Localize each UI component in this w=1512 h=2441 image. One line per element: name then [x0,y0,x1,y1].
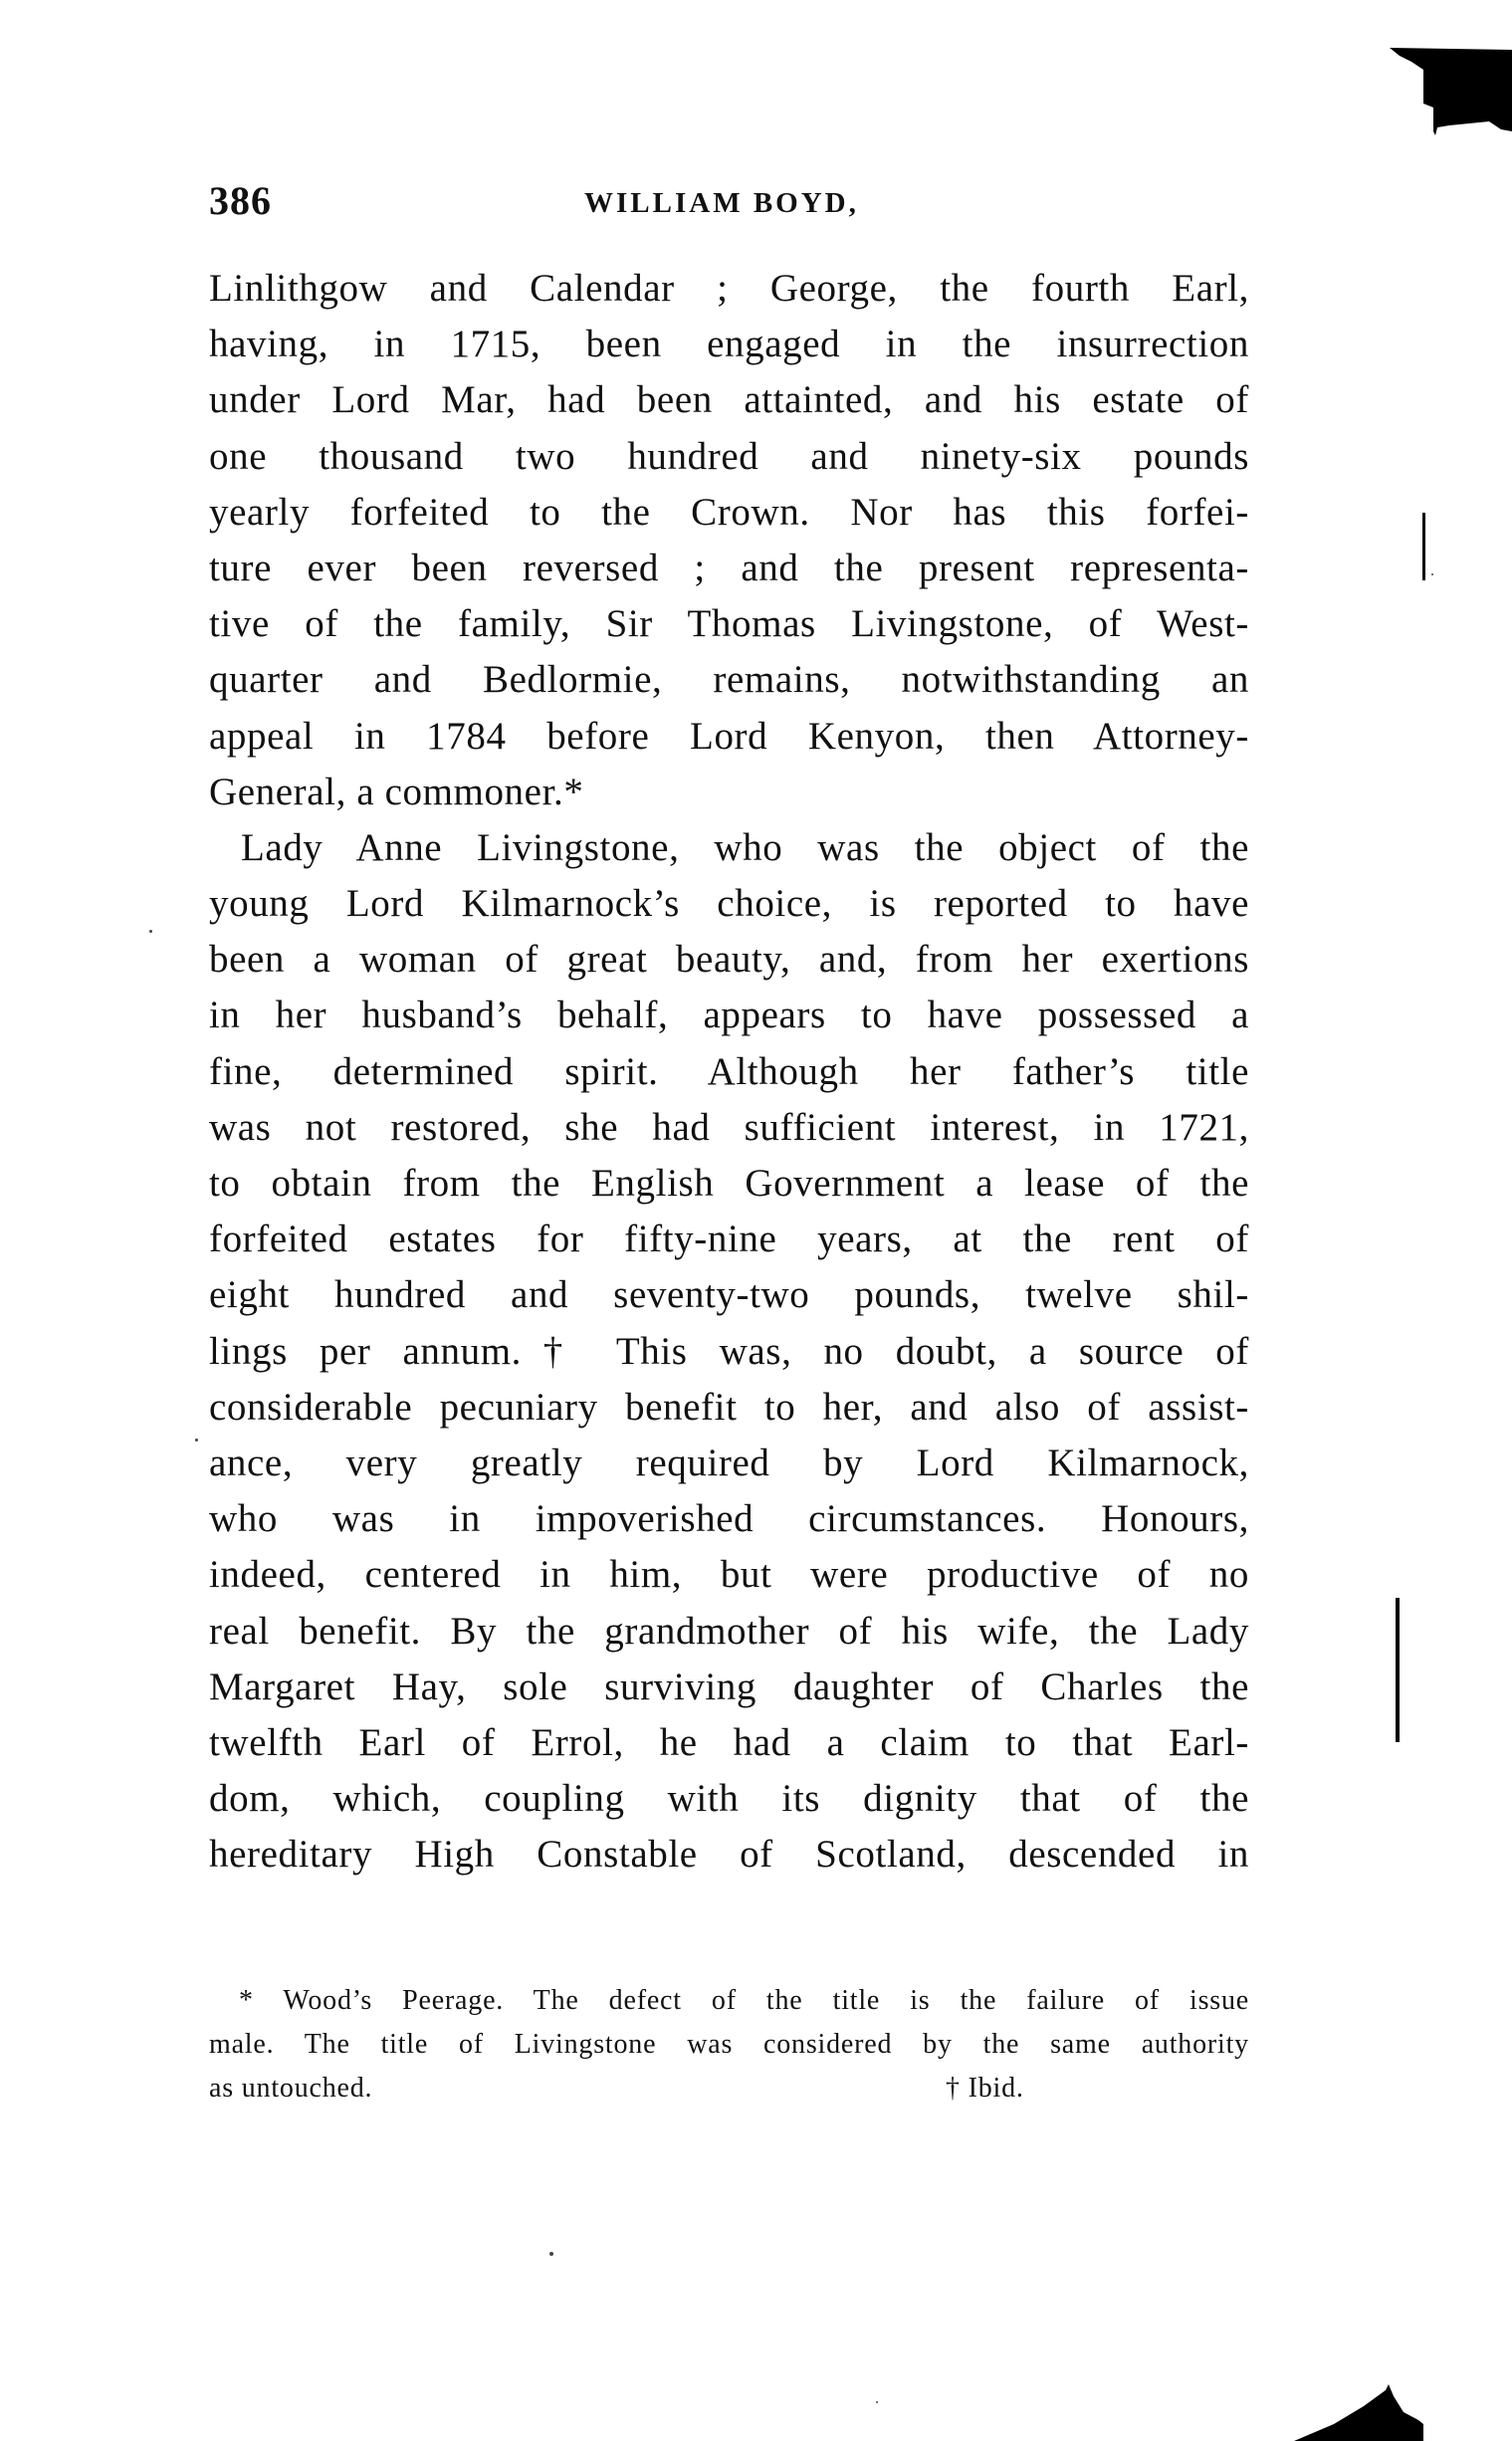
text-line: ture ever been reversed ; and the presen… [209,541,1249,596]
text-line: dom, which, coupling with its dignity th… [209,1771,1249,1827]
text-line: one thousand two hundred and ninety-six … [209,429,1249,485]
text-line: real benefit. By the grandmother of his … [209,1604,1249,1660]
text-line: under Lord Mar, had been attainted, and … [209,372,1249,428]
margin-mark [1396,1598,1400,1742]
body-text: Linlithgow and Calendar ; George, the fo… [209,261,1249,1883]
scan-speck [876,2401,878,2403]
page-corner-mark-icon [1294,2384,1428,2441]
text-line: yearly forfeited to the Crown. Nor has t… [209,485,1249,541]
text-line: forfeited estates for fifty-nine years, … [209,1212,1249,1267]
text-line: indeed, centered in him, but were produc… [209,1547,1249,1603]
text-line: quarter and Bedlormie, remains, notwiths… [209,652,1249,708]
footnote-line: male. The title of Livingstone was consi… [209,2023,1249,2067]
scan-speck [149,930,152,933]
text-line: twelfth Earl of Errol, he had a claim to… [209,1715,1249,1771]
footnote-ibid: † Ibid. [946,2067,1024,2110]
page-tab-mark-icon [1390,48,1512,135]
scan-speck [195,1439,198,1442]
text-line: having, in 1715, been engaged in the ins… [209,317,1249,372]
paragraph-start-line: Lady Anne Livingstone, who was the objec… [209,820,1249,876]
text-line: was not restored, she had sufficient int… [209,1100,1249,1156]
page-number: 386 [209,177,272,225]
text-line: considerable pecuniary benefit to her, a… [209,1380,1249,1436]
text-line: young Lord Kilmarnock’s choice, is repor… [209,876,1249,932]
footnote-line: * Wood’s Peerage. The defect of the titl… [209,1979,1249,2023]
scan-speck [1431,573,1433,575]
text-line: tive of the family, Sir Thomas Livingsto… [209,596,1249,652]
text-line: ance, very greatly required by Lord Kilm… [209,1436,1249,1491]
text-line: in her husband’s behalf, appears to have… [209,988,1249,1043]
text-line: to obtain from the English Government a … [209,1156,1249,1212]
footnotes: * Wood’s Peerage. The defect of the titl… [209,1979,1249,2110]
book-page: 386 WILLIAM BOYD, Linlithgow and Calenda… [0,0,1512,2441]
footnote-text: as untouched. [209,2073,372,2104]
footnote-line: as untouched. † Ibid. [209,2067,1249,2110]
text-line: lings per annum.† This was, no doubt, a … [209,1324,1249,1380]
margin-mark [1422,513,1425,580]
text-line: appeal in 1784 before Lord Kenyon, then … [209,709,1249,765]
text-line: Linlithgow and Calendar ; George, the fo… [209,261,1249,317]
text-line: been a woman of great beauty, and, from … [209,932,1249,988]
text-line: Margaret Hay, sole surviving daughter of… [209,1660,1249,1715]
text-line: hereditary High Constable of Scotland, d… [209,1827,1249,1883]
running-title: WILLIAM BOYD, [584,181,859,225]
text-line: who was in impoverished circumstances. H… [209,1491,1249,1547]
text-line: fine, determined spirit. Although her fa… [209,1044,1249,1100]
text-line: eight hundred and seventy-two pounds, tw… [209,1267,1249,1323]
scan-speck [549,2252,553,2256]
running-head: 386 WILLIAM BOYD, [209,177,1249,225]
text-line: General, a commoner.* [209,765,1249,820]
